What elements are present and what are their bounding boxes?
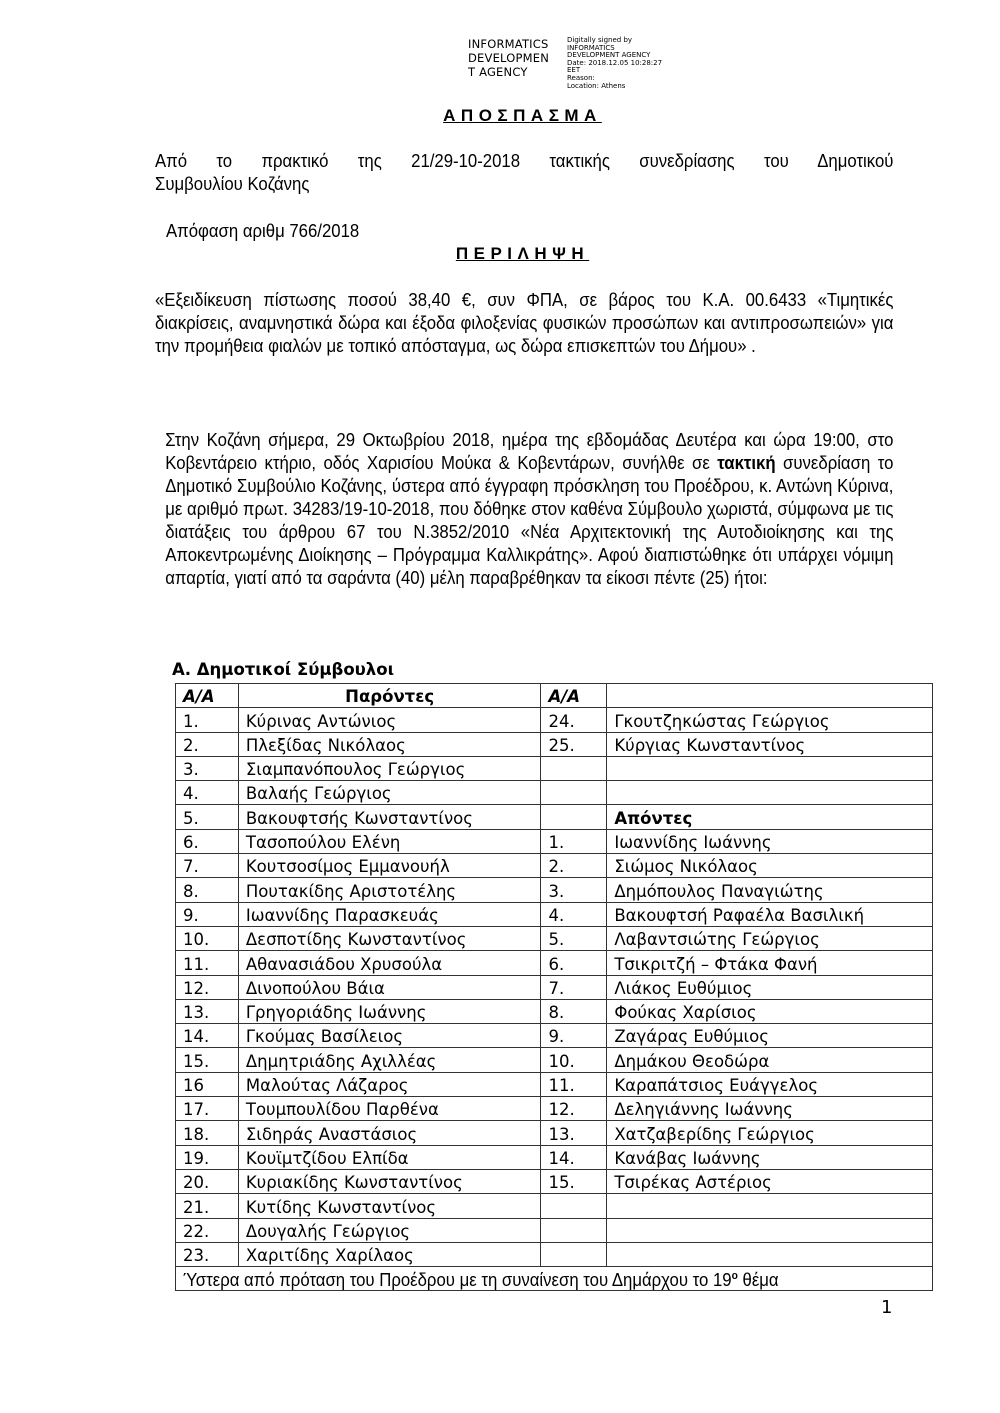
right-member-name: Βακουφτσή Ραφαέλα Βασιλική bbox=[607, 902, 933, 926]
present-member-name: Σιδηράς Αναστάσιος bbox=[238, 1121, 541, 1145]
right-member-name bbox=[607, 1242, 933, 1266]
summary-title: ΠΕΡΙΛΗΨΗ bbox=[0, 244, 1000, 264]
signature-date: Date: 2018.12.05 10:28:27 bbox=[567, 60, 662, 68]
intro-paragraph: Από το πρακτικό της 21/29-10-2018 τακτικ… bbox=[155, 150, 893, 196]
right-member-name bbox=[607, 1194, 933, 1218]
row-number-present: 16 bbox=[176, 1072, 239, 1096]
right-member-name: Φούκας Χαρίσιος bbox=[607, 999, 933, 1023]
table-row: 2.Πλεξίδας Νικόλαος25.Κύργιας Κωνσταντίν… bbox=[176, 732, 933, 756]
signature-location: Location: Athens bbox=[567, 83, 662, 91]
footer-text: Ύστερα από πρόταση του Προέδρου με τη συ… bbox=[183, 1270, 779, 1290]
document-title: ΑΠΟΣΠΑΣΜΑ bbox=[0, 106, 1000, 126]
absent-heading: Απόντες bbox=[607, 805, 933, 829]
table-row: 3.Σιαμπανόπουλος Γεώργιος bbox=[176, 756, 933, 780]
table-row: 11.Αθανασιάδου Χρυσούλα6.Τσικριτζή – Φτά… bbox=[176, 951, 933, 975]
present-member-name: Τασοπούλου Ελένη bbox=[238, 829, 541, 853]
table-row: 4.Βαλαής Γεώργιος bbox=[176, 781, 933, 805]
present-member-name: Βακουφτσής Κωνσταντίνος bbox=[238, 805, 541, 829]
row-number-absent bbox=[541, 781, 607, 805]
table-row: 14.Γκούμας Βασίλειος9.Ζαγάρας Ευθύμιος bbox=[176, 1024, 933, 1048]
row-number-absent: 1. bbox=[541, 829, 607, 853]
right-member-name: Τσικριτζή – Φτάκα Φανή bbox=[607, 951, 933, 975]
row-number-absent: 13. bbox=[541, 1121, 607, 1145]
right-member-name bbox=[607, 781, 933, 805]
row-number-present: 20. bbox=[176, 1169, 239, 1193]
right-member-name bbox=[607, 756, 933, 780]
row-number-absent: 14. bbox=[541, 1145, 607, 1169]
row-number-absent: 12. bbox=[541, 1097, 607, 1121]
row-number-present: 10. bbox=[176, 926, 239, 950]
present-member-name: Χαριτίδης Χαρίλαος bbox=[238, 1242, 541, 1266]
row-number-present: 11. bbox=[176, 951, 239, 975]
row-number-absent bbox=[541, 1242, 607, 1266]
present-member-name: Κύρινας Αντώνιος bbox=[238, 708, 541, 732]
intro-line: Συμβουλίου Κοζάνης bbox=[155, 173, 893, 196]
right-member-name: Ζαγάρας Ευθύμιος bbox=[607, 1024, 933, 1048]
decision-number: Απόφαση αριθμ 766/2018 bbox=[166, 220, 904, 243]
table-row: 1.Κύρινας Αντώνιος24.Γκουτζηκώστας Γεώργ… bbox=[176, 708, 933, 732]
footer-cell: Ύστερα από πρόταση του Προέδρου με τη συ… bbox=[176, 1267, 933, 1291]
row-number-present: 22. bbox=[176, 1218, 239, 1242]
attendance-table: Α/Α Παρόντες Α/Α 1.Κύρινας Αντώνιος24.Γκ… bbox=[175, 683, 933, 1291]
present-member-name: Σιαμπανόπουλος Γεώργιος bbox=[238, 756, 541, 780]
present-member-name: Πουτακίδης Αριστοτέλης bbox=[238, 878, 541, 902]
present-member-name: Δουγαλής Γεώργιος bbox=[238, 1218, 541, 1242]
row-number-absent: 3. bbox=[541, 878, 607, 902]
row-number-absent: 24. bbox=[541, 708, 607, 732]
table-row: 17.Τουμπουλίδου Παρθένα12.Δεληγιάννης Ιω… bbox=[176, 1097, 933, 1121]
present-member-name: Δημητριάδης Αχιλλέας bbox=[238, 1048, 541, 1072]
right-member-name: Λιάκος Ευθύμιος bbox=[607, 975, 933, 999]
row-number-present: 23. bbox=[176, 1242, 239, 1266]
row-number-absent: 7. bbox=[541, 975, 607, 999]
row-number-absent: 4. bbox=[541, 902, 607, 926]
right-member-name: Τσιρέκας Αστέριος bbox=[607, 1169, 933, 1193]
right-member-name: Δημάκου Θεοδώρα bbox=[607, 1048, 933, 1072]
row-number-present: 18. bbox=[176, 1121, 239, 1145]
signature-details: Digitally signed by INFORMATICS DEVELOPM… bbox=[567, 37, 662, 90]
summary-text: «Εξειδίκευση πίστωσης ποσού 38,40 €, συν… bbox=[155, 289, 893, 358]
right-member-name bbox=[607, 1218, 933, 1242]
present-member-name: Βαλαής Γεώργιος bbox=[238, 781, 541, 805]
row-number-absent: 10. bbox=[541, 1048, 607, 1072]
intro-line: Από το πρακτικό της 21/29-10-2018 τακτικ… bbox=[155, 150, 893, 173]
row-number-present: 17. bbox=[176, 1097, 239, 1121]
right-member-name: Δεληγιάννης Ιωάννης bbox=[607, 1097, 933, 1121]
header-aa: Α/Α bbox=[176, 684, 239, 708]
table-row: 5.Βακουφτσής ΚωνσταντίνοςΑπόντες bbox=[176, 805, 933, 829]
section-heading: Α. Δημοτικοί Σύμβουλοι bbox=[172, 660, 394, 679]
body-text: Στην Κοζάνη σήμερα, 29 Οκτωβρίου 2018, η… bbox=[155, 429, 893, 590]
header-empty bbox=[607, 684, 933, 708]
row-number-present: 12. bbox=[176, 975, 239, 999]
row-number-absent: 9. bbox=[541, 1024, 607, 1048]
row-number-absent: 11. bbox=[541, 1072, 607, 1096]
table-row: 15.Δημητριάδης Αχιλλέας10.Δημάκου Θεοδώρ… bbox=[176, 1048, 933, 1072]
present-member-name: Κουϊμτζίδου Ελπίδα bbox=[238, 1145, 541, 1169]
page-number: 1 bbox=[881, 1297, 892, 1318]
summary-paragraph: «Εξειδίκευση πίστωσης ποσού 38,40 €, συν… bbox=[155, 289, 893, 358]
present-member-name: Κυτίδης Κωνσταντίνος bbox=[238, 1194, 541, 1218]
header-present: Παρόντες bbox=[238, 684, 541, 708]
present-member-name: Πλεξίδας Νικόλαος bbox=[238, 732, 541, 756]
row-number-absent bbox=[541, 1218, 607, 1242]
right-member-name: Δημόπουλος Παναγιώτης bbox=[607, 878, 933, 902]
present-member-name: Κυριακίδης Κωνσταντίνος bbox=[238, 1169, 541, 1193]
row-number-absent bbox=[541, 1194, 607, 1218]
row-number-absent: 15. bbox=[541, 1169, 607, 1193]
present-member-name: Γρηγοριάδης Ιωάννης bbox=[238, 999, 541, 1023]
footer-text-end: θέμα bbox=[738, 1270, 779, 1290]
row-number-absent: 2. bbox=[541, 854, 607, 878]
row-number-present: 9. bbox=[176, 902, 239, 926]
row-number-present: 19. bbox=[176, 1145, 239, 1169]
present-member-name: Αθανασιάδου Χρυσούλα bbox=[238, 951, 541, 975]
body-paragraph: Στην Κοζάνη σήμερα, 29 Οκτωβρίου 2018, η… bbox=[155, 429, 893, 590]
right-member-name: Σιώμος Νικόλαος bbox=[607, 854, 933, 878]
table-row: 7.Κουτσοσίμος Εμμανουήλ2.Σιώμος Νικόλαος bbox=[176, 854, 933, 878]
row-number-absent: 8. bbox=[541, 999, 607, 1023]
row-number-present: 8. bbox=[176, 878, 239, 902]
table-row: 19.Κουϊμτζίδου Ελπίδα14.Κανάβας Ιωάννης bbox=[176, 1145, 933, 1169]
row-number-absent bbox=[541, 805, 607, 829]
footer-text-main: Ύστερα από πρόταση του Προέδρου με τη συ… bbox=[183, 1270, 732, 1290]
present-member-name: Τουμπουλίδου Παρθένα bbox=[238, 1097, 541, 1121]
present-member-name: Ιωαννίδης Παρασκευάς bbox=[238, 902, 541, 926]
table-row: 8.Πουτακίδης Αριστοτέλης3.Δημόπουλος Παν… bbox=[176, 878, 933, 902]
right-member-name: Καραπάτσιος Ευάγγελος bbox=[607, 1072, 933, 1096]
row-number-present: 6. bbox=[176, 829, 239, 853]
right-member-name: Γκουτζηκώστας Γεώργιος bbox=[607, 708, 933, 732]
signer-line: T AGENCY bbox=[468, 65, 564, 79]
row-number-present: 14. bbox=[176, 1024, 239, 1048]
signer-name: INFORMATICS DEVELOPMEN T AGENCY bbox=[468, 37, 564, 90]
table-row: 16Μαλούτας Λάζαρος11.Καραπάτσιος Ευάγγελ… bbox=[176, 1072, 933, 1096]
table-row: 18.Σιδηράς Αναστάσιος13.Χατζαβερίδης Γεώ… bbox=[176, 1121, 933, 1145]
right-member-name: Λαβαντσιώτης Γεώργιος bbox=[607, 926, 933, 950]
body-bold-text: τακτική bbox=[717, 453, 775, 473]
table-row: 9.Ιωαννίδης Παρασκευάς4.Βακουφτσή Ραφαέλ… bbox=[176, 902, 933, 926]
row-number-present: 13. bbox=[176, 999, 239, 1023]
table-row: 23.Χαριτίδης Χαρίλαος bbox=[176, 1242, 933, 1266]
row-number-absent: 6. bbox=[541, 951, 607, 975]
table-row: 13.Γρηγοριάδης Ιωάννης8.Φούκας Χαρίσιος bbox=[176, 999, 933, 1023]
row-number-present: 15. bbox=[176, 1048, 239, 1072]
right-member-name: Κανάβας Ιωάννης bbox=[607, 1145, 933, 1169]
row-number-absent: 25. bbox=[541, 732, 607, 756]
header-aa: Α/Α bbox=[541, 684, 607, 708]
right-member-name: Χατζαβερίδης Γεώργιος bbox=[607, 1121, 933, 1145]
table-row: 10.Δεσποτίδης Κωνσταντίνος5.Λαβαντσιώτης… bbox=[176, 926, 933, 950]
row-number-present: 3. bbox=[176, 756, 239, 780]
table-row: 21.Κυτίδης Κωνσταντίνος bbox=[176, 1194, 933, 1218]
signer-line: INFORMATICS bbox=[468, 37, 564, 51]
present-member-name: Μαλούτας Λάζαρος bbox=[238, 1072, 541, 1096]
row-number-absent bbox=[541, 756, 607, 780]
row-number-present: 4. bbox=[176, 781, 239, 805]
row-number-present: 21. bbox=[176, 1194, 239, 1218]
row-number-present: 1. bbox=[176, 708, 239, 732]
present-member-name: Δινοπούλου Βάια bbox=[238, 975, 541, 999]
right-member-name: Ιωαννίδης Ιωάννης bbox=[607, 829, 933, 853]
table-row: 12.Δινοπούλου Βάια7.Λιάκος Ευθύμιος bbox=[176, 975, 933, 999]
table-header-row: Α/Α Παρόντες Α/Α bbox=[176, 684, 933, 708]
present-member-name: Γκούμας Βασίλειος bbox=[238, 1024, 541, 1048]
present-member-name: Δεσποτίδης Κωνσταντίνος bbox=[238, 926, 541, 950]
digital-signature-stamp: INFORMATICS DEVELOPMEN T AGENCY Digitall… bbox=[468, 37, 662, 90]
table-row: 22.Δουγαλής Γεώργιος bbox=[176, 1218, 933, 1242]
row-number-absent: 5. bbox=[541, 926, 607, 950]
body-text-part: συνεδρίαση το Δημοτικό Συμβούλιο Κοζάνης… bbox=[165, 453, 893, 588]
row-number-present: 5. bbox=[176, 805, 239, 829]
signer-line: DEVELOPMEN bbox=[468, 51, 564, 65]
table-footer-row: Ύστερα από πρόταση του Προέδρου με τη συ… bbox=[176, 1267, 933, 1291]
row-number-present: 2. bbox=[176, 732, 239, 756]
row-number-present: 7. bbox=[176, 854, 239, 878]
table-row: 20.Κυριακίδης Κωνσταντίνος15.Τσιρέκας Ασ… bbox=[176, 1169, 933, 1193]
present-member-name: Κουτσοσίμος Εμμανουήλ bbox=[238, 854, 541, 878]
right-member-name: Κύργιας Κωνσταντίνος bbox=[607, 732, 933, 756]
table-row: 6.Τασοπούλου Ελένη1.Ιωαννίδης Ιωάννης bbox=[176, 829, 933, 853]
